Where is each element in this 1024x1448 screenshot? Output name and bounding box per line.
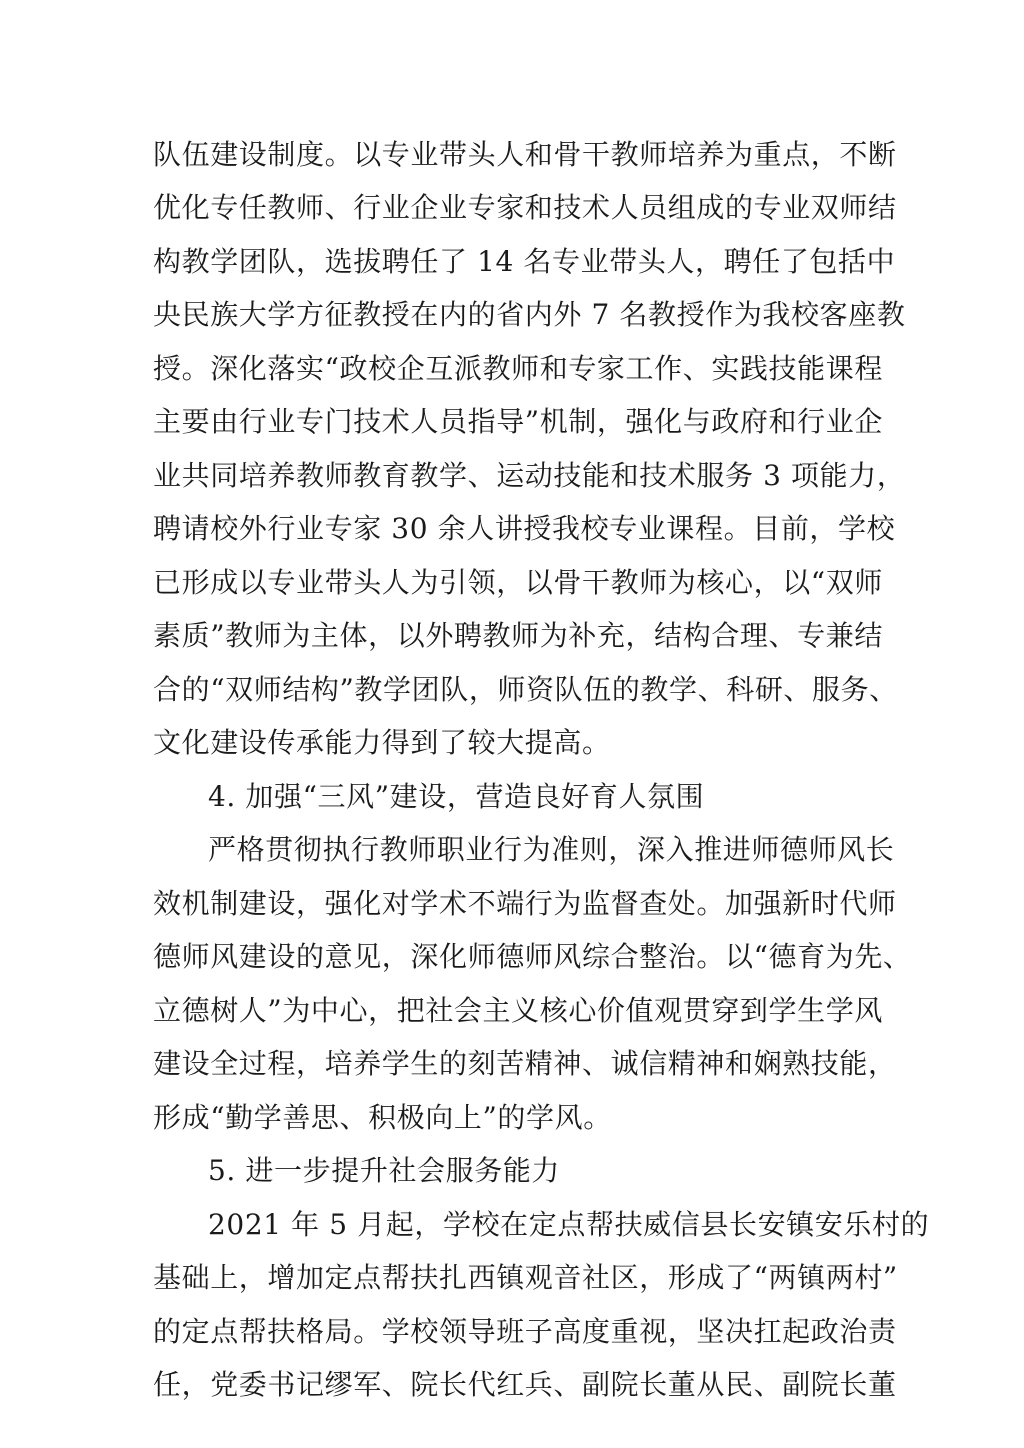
paragraph-line: 2021 年 5 月起，学校在定点帮扶威信县长安镇安乐村的: [208, 1205, 869, 1245]
paragraph-line: 构教学团队，选拔聘任了 14 名专业带头人，聘任了包括中: [153, 242, 869, 282]
section-heading-4: 4. 加强“三风”建设，营造良好育人氛围: [208, 777, 869, 817]
paragraph-line: 建设全过程，培养学生的刻苦精神、诚信精神和娴熟技能，: [153, 1044, 869, 1084]
paragraph-line: 形成“勤学善思、积极向上”的学风。: [153, 1098, 869, 1138]
paragraph-line: 基础上，增加定点帮扶扎西镇观音社区，形成了“两镇两村”: [153, 1258, 869, 1298]
paragraph-line: 文化建设传承能力得到了较大提高。: [153, 723, 869, 763]
paragraph-line: 授。深化落实“政校企互派教师和专家工作、实践技能课程: [153, 349, 869, 389]
paragraph-line: 央民族大学方征教授在内的省内外 7 名教授作为我校客座教: [153, 295, 869, 335]
section-heading-5: 5. 进一步提升社会服务能力: [208, 1151, 869, 1191]
paragraph-line: 效机制建设，强化对学术不端行为监督查处。加强新时代师: [153, 884, 869, 924]
document-page: 队伍建设制度。以专业带头人和骨干教师培养为重点，不断 优化专任教师、行业企业专家…: [0, 0, 1024, 1448]
paragraph-line: 严格贯彻执行教师职业行为准则，深入推进师德师风长: [208, 830, 869, 870]
paragraph-line: 的定点帮扶格局。学校领导班子高度重视，坚决扛起政治责: [153, 1312, 869, 1352]
paragraph-line: 主要由行业专门技术人员指导”机制，强化与政府和行业企: [153, 402, 869, 442]
paragraph-line: 队伍建设制度。以专业带头人和骨干教师培养为重点，不断: [153, 135, 869, 175]
paragraph-line: 立德树人”为中心，把社会主义核心价值观贯穿到学生学风: [153, 991, 869, 1031]
paragraph-line: 任，党委书记缪军、院长代红兵、副院长董从民、副院长董: [153, 1365, 869, 1405]
paragraph-line: 优化专任教师、行业企业专家和技术人员组成的专业双师结: [153, 188, 869, 228]
paragraph-line: 聘请校外行业专家 30 余人讲授我校专业课程。目前，学校: [153, 509, 869, 549]
paragraph-line: 业共同培养教师教育教学、运动技能和技术服务 3 项能力，: [153, 456, 869, 496]
paragraph-line: 素质”教师为主体，以外聘教师为补充，结构合理、专兼结: [153, 616, 869, 656]
paragraph-line: 已形成以专业带头人为引领，以骨干教师为核心，以“双师: [153, 563, 869, 603]
paragraph-line: 合的“双师结构”教学团队，师资队伍的教学、科研、服务、: [153, 670, 869, 710]
paragraph-line: 德师风建设的意见，深化师德师风综合整治。以“德育为先、: [153, 937, 869, 977]
